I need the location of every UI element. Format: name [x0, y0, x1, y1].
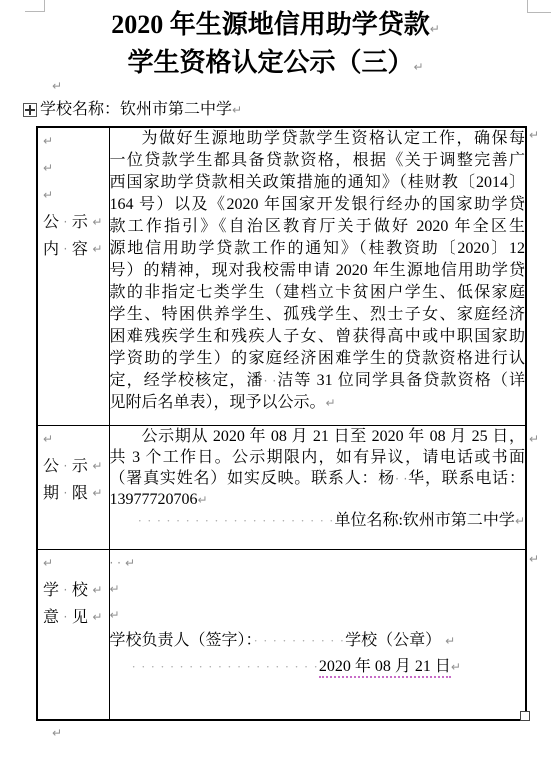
- signature-label: 学校负责人（签字）：: [110, 632, 254, 649]
- pilcrow-mark: ↵: [92, 209, 102, 236]
- pilcrow-mark: ↵: [43, 426, 53, 453]
- paragraph-line: 为做好生源地助学贷款学生资格认定工作，确保每: [110, 128, 526, 150]
- space-leader: · · · · · · · · · · · · · · · · · · · ·: [132, 659, 319, 674]
- doc-title: 2020 年生源地信用助学贷款↵ 学生资格认定公示（三）↵: [31, 8, 520, 84]
- notice-table: ↵ ↵ ↵ 公·示↵ 内·容↵ 为做好生源地助学贷款学生资格认定工作，确保每 一…: [36, 126, 527, 721]
- pilcrow-mark: ↵: [430, 22, 440, 36]
- content-cell-publicity-period[interactable]: 公示期从 2020 年 08 月 21 日至 2020 年 08 月 25 日，…: [109, 426, 526, 550]
- empty-paragraph: ↵: [38, 550, 109, 577]
- school-name-line: 学校名称：钦州市第二中学↵: [40, 99, 242, 121]
- paragraph-line: 公示期从 2020 年 08 月 21 日至 2020 年 08 月 25 日，: [110, 426, 526, 447]
- paragraph-line: 款的非指定七类学生（建档立卡贫困户学生、低保家庭: [110, 282, 526, 304]
- header-line: 公·示↵: [38, 453, 109, 480]
- paragraph-line: 一位贷款学生都具备贷款资格，根据《关于调整完善广: [110, 150, 526, 172]
- space-mark: ·: [64, 604, 68, 631]
- content-cell-school-opinion[interactable]: · · ↵ ↵ ↵ 学校负责人（签字）：· · · · · · · · · ·学…: [109, 550, 526, 721]
- phone-line: 13977720706↵: [110, 489, 526, 510]
- document-page: 2020 年生源地信用助学贷款↵ 学生资格认定公示（三）↵ ↵ 学校名称：钦州市…: [0, 0, 551, 762]
- space-marks-line: · · ↵: [110, 550, 526, 576]
- paragraph-line-with-name: 定，经学校核定，潘· ·洁等 31 位同学具备贷款资格（详: [110, 370, 526, 392]
- empty-paragraph: ↵: [38, 155, 109, 182]
- header-line: 公·示↵: [38, 209, 109, 236]
- table-row-publicity-content: ↵ ↵ ↵ 公·示↵ 内·容↵ 为做好生源地助学贷款学生资格认定工作，确保每 一…: [37, 127, 526, 426]
- pilcrow-mark: ↵: [92, 453, 102, 480]
- paragraph-line: 西国家助学贷款相关政策措施的通知》（桂财教〔2014〕: [110, 172, 526, 194]
- space-mark: · ·: [264, 374, 277, 388]
- empty-paragraph: ↵: [38, 182, 109, 209]
- header-cell-school-opinion[interactable]: ↵ 学·校↵ 意·见↵: [37, 550, 109, 721]
- date-text: 2020 年 08 月 21 日: [319, 658, 451, 678]
- table-move-handle[interactable]: [23, 103, 37, 117]
- empty-paragraph: ↵: [110, 602, 526, 628]
- pilcrow-mark: ↵: [326, 396, 336, 410]
- pilcrow-mark: ↵: [43, 128, 53, 155]
- pilcrow-mark: ↵: [451, 660, 461, 674]
- pilcrow-mark: ↵: [92, 236, 102, 263]
- space-mark: ·: [64, 453, 68, 480]
- doc-title-line1: 2020 年生源地信用助学贷款↵: [31, 8, 520, 46]
- row-end-mark: ↵: [529, 128, 539, 142]
- table-resize-handle[interactable]: [520, 711, 530, 721]
- seal-label: 学校（公章）: [345, 632, 441, 649]
- header-line: 学·校↵: [38, 577, 109, 604]
- pilcrow-mark: ↵: [43, 550, 53, 577]
- pilcrow-mark: ↵: [43, 182, 53, 209]
- pilcrow-mark: ↵: [43, 155, 53, 182]
- space-mark: · ·: [395, 472, 407, 486]
- empty-paragraph: ↵: [38, 128, 109, 155]
- pilcrow-mark: ↵: [52, 79, 62, 93]
- doc-title-line2: 学生资格认定公示（三）↵: [31, 46, 520, 84]
- header-cell-publicity-period[interactable]: ↵ 公·示↵ 期·限↵: [37, 426, 109, 550]
- pilcrow-mark: ↵: [232, 103, 242, 117]
- space-mark: ·: [64, 480, 68, 507]
- paragraph-line: 号）的精神，现对我校需申请 2020 年生源地信用助学贷: [110, 260, 526, 282]
- date-line: · · · · · · · · · · · · · · · · · · · ·2…: [110, 654, 526, 680]
- paragraph-line: 共 3 个工作日。公示期限内，如有异议，请电话或书面: [110, 447, 526, 468]
- pilcrow-mark: ↵: [125, 556, 135, 570]
- space-leader: · · · · · · · · · · · · · · · · · · · · …: [138, 513, 335, 528]
- empty-paragraph: ↵: [110, 576, 526, 602]
- unit-name-text: 单位名称:钦州市第二中学: [334, 512, 514, 529]
- space-mark: ·: [64, 577, 68, 604]
- header-line: 内·容↵: [38, 236, 109, 263]
- paragraph-line: 学生、特困供养学生、孤残学生、烈士子女、家庭经济: [110, 304, 526, 326]
- space-mark: ·: [64, 209, 68, 236]
- pilcrow-mark: ↵: [198, 493, 208, 507]
- table-row-publicity-period: ↵ 公·示↵ 期·限↵ 公示期从 2020 年 08 月 21 日至 2020 …: [37, 426, 526, 550]
- signature-line: 学校负责人（签字）：· · · · · · · · · ·学校（公章） ↵: [110, 628, 526, 654]
- unit-name-line: · · · · · · · · · · · · · · · · · · · · …: [110, 510, 526, 531]
- paragraph-line: 见附后名单表），现予以公示。↵: [110, 392, 526, 414]
- space-mark: · ·: [110, 556, 121, 570]
- row-end-mark: ↵: [529, 432, 539, 446]
- space-leader: · · · · · · · · · ·: [254, 633, 346, 648]
- pilcrow-mark: ↵: [445, 634, 455, 648]
- paragraph-line: 源地信用助学贷款工作的通知》（桂教资助〔2020〕12: [110, 238, 526, 260]
- pilcrow-mark: ↵: [515, 514, 525, 528]
- pilcrow-mark: ↵: [52, 726, 62, 740]
- empty-paragraph: ↵: [38, 426, 109, 453]
- pilcrow-mark: ↵: [92, 577, 102, 604]
- paragraph-line: 学资助的学生）的家庭经济困难学生的贷款资格进行认: [110, 348, 526, 370]
- pilcrow-mark: ↵: [110, 582, 120, 596]
- row-end-mark: ↵: [529, 552, 539, 566]
- header-line: 意·见↵: [38, 604, 109, 631]
- margin-crop-mark: [527, 12, 551, 13]
- paragraph-line: 款工作指引》《自治区教育厅关于做好 2020 年全区生: [110, 216, 526, 238]
- paragraph-line-with-contact: （署真实姓名）如实反映。联系人：杨· ·华，联系电话：: [110, 468, 526, 489]
- margin-crop-mark: [527, 0, 528, 12]
- header-cell-publicity-content[interactable]: ↵ ↵ ↵ 公·示↵ 内·容↵: [37, 127, 109, 426]
- table-row-school-opinion: ↵ 学·校↵ 意·见↵ · · ↵ ↵ ↵ 学校负责人（签字）：· · · · …: [37, 550, 526, 721]
- header-line: 期·限↵: [38, 480, 109, 507]
- pilcrow-mark: ↵: [92, 480, 102, 507]
- paragraph-line: 困难残疾学生和残疾人子女、曾获得高中或中职国家助: [110, 326, 526, 348]
- school-name-text: 学校名称：钦州市第二中学: [40, 101, 232, 118]
- pilcrow-mark: ↵: [413, 60, 423, 74]
- pilcrow-mark: ↵: [92, 604, 102, 631]
- paragraph-line: 164 号）以及《2020 年国家开发银行经办的国家助学贷: [110, 194, 526, 216]
- phone-number: 13977720706: [110, 491, 198, 508]
- move-cross-icon: [24, 104, 36, 116]
- content-cell-publicity-content[interactable]: 为做好生源地助学贷款学生资格认定工作，确保每 一位贷款学生都具备贷款资格，根据《…: [109, 127, 526, 426]
- space-mark: ·: [64, 236, 68, 263]
- pilcrow-mark: ↵: [110, 608, 120, 622]
